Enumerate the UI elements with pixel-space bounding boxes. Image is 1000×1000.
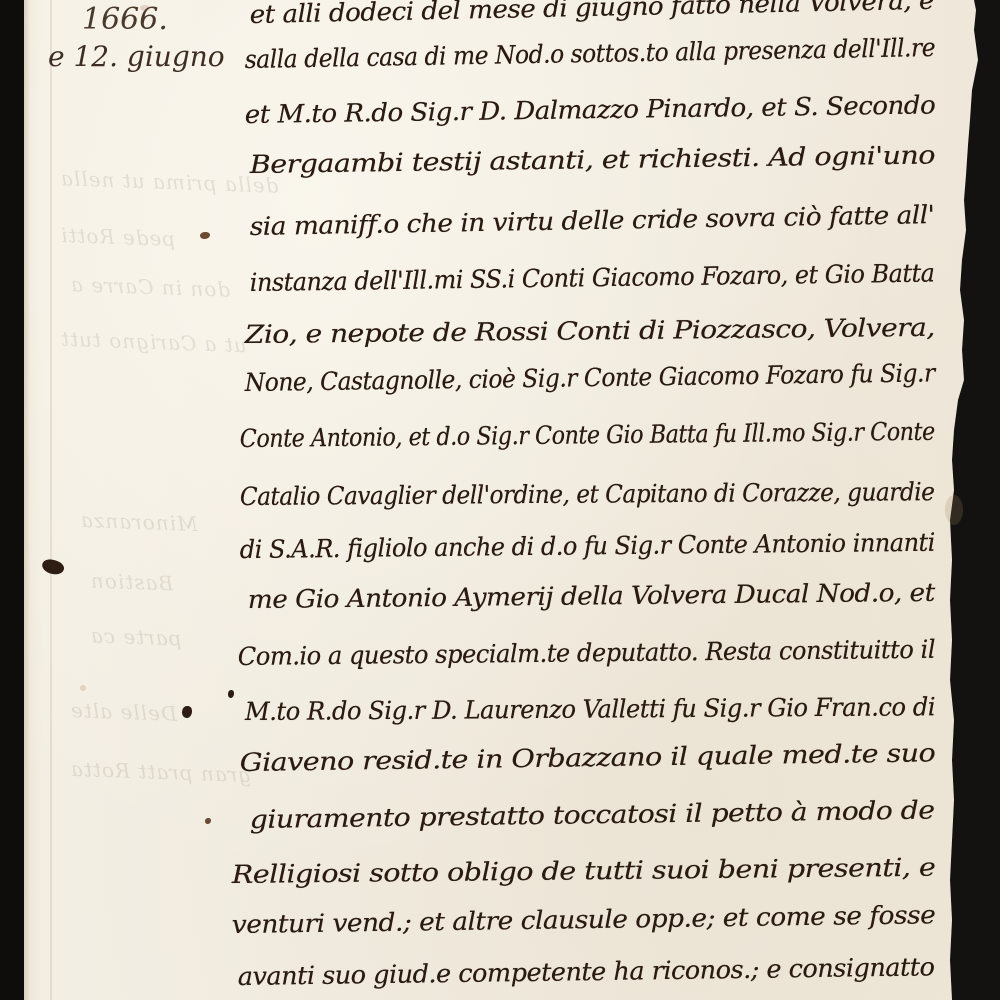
dark-background-strip: [0, 0, 25, 1000]
page-fold-shadow: [24, 0, 30, 1000]
paper-stain: [80, 685, 86, 691]
bleed-through-text: pede Rotti: [60, 223, 176, 251]
margin-year: 1666.: [82, 2, 168, 37]
manuscript-line: Catalio Cavaglier dell'ordine, et Capita…: [240, 477, 935, 511]
page-crease: [50, 0, 52, 1000]
manuscript-line: M.to R.do Sig.r D. Laurenzo Valletti fu …: [245, 692, 935, 726]
manuscript-viewer: della prima ut nella pede Rotti don in C…: [0, 0, 1000, 1000]
bleed-through-text: parte ca: [90, 623, 182, 650]
margin-date: e 12. giugno: [48, 40, 225, 73]
bleed-through-text: Delle alte: [70, 698, 178, 726]
bleed-through-text: Bastion: [90, 569, 174, 596]
bleed-through-text: Minoranza: [80, 508, 198, 536]
paper-stain: [945, 495, 963, 525]
